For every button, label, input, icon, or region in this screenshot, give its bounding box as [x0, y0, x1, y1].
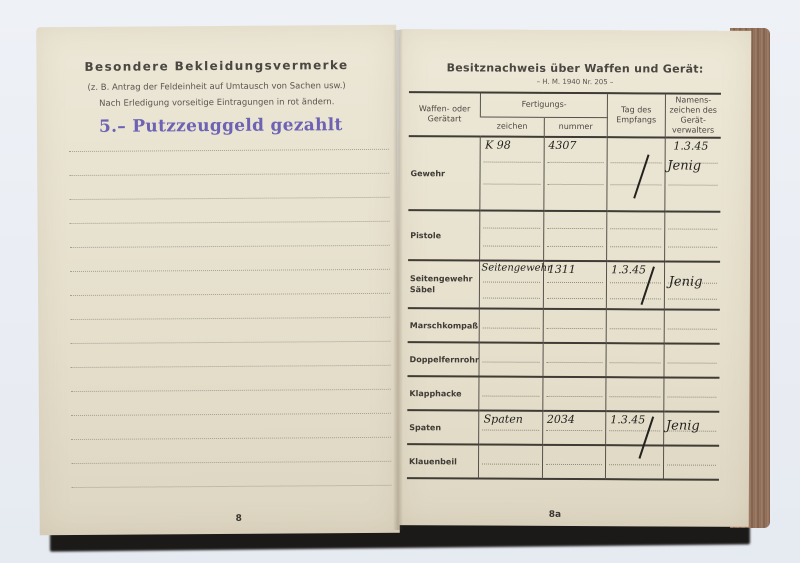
mark-cell: [479, 343, 542, 377]
writing-line: [71, 389, 391, 392]
writing-line: [70, 269, 390, 272]
number-cell: [543, 309, 607, 343]
handwritten-date: 1.3.45: [611, 263, 646, 276]
right-page: Besitznachweis über Waffen und Gerät: – …: [397, 29, 752, 527]
weapons-equipment-table: Waffen- oder Gerätart Fertigungs- Tag de…: [407, 91, 721, 481]
left-page-subtitle-1: (z. B. Antrag der Feldeinheit auf Umtaus…: [37, 81, 397, 94]
header-date-received: Tag des Empfangs: [607, 93, 665, 137]
signature-cell: Jenig: [663, 411, 719, 445]
table-row: Klauenbeil: [407, 444, 719, 480]
header-manufacture: Fertigungs-: [481, 93, 608, 118]
left-page-subtitle-2: Nach Erledigung vorseitige Eintragungen …: [37, 97, 397, 110]
right-page-title: Besitznachweis über Waffen und Gerät:: [399, 61, 751, 76]
writing-line: [71, 485, 391, 488]
date-cell: [606, 309, 664, 343]
handwritten-signature: Jenig: [667, 158, 701, 173]
item-label: Spaten: [407, 410, 479, 444]
date-cell: 1.3.45: [606, 411, 664, 445]
number-cell: 4307: [544, 137, 608, 211]
item-label: Marschkompaß: [408, 308, 480, 342]
handwritten-number: 2034: [547, 413, 575, 426]
date-cell: [607, 137, 665, 211]
handwritten-date: 1.3.45: [610, 413, 645, 426]
handwritten-number: 4307: [548, 139, 576, 152]
item-label: Pistole: [408, 210, 480, 260]
writing-line: [71, 365, 391, 368]
writing-line: [69, 149, 389, 152]
table-row: Spaten Spaten 2034 1.3.45 Jenig: [407, 410, 719, 446]
mark-cell: [479, 377, 542, 411]
handwritten-mark: Seitengewehr: [481, 263, 551, 274]
signature-cell: [664, 343, 720, 377]
signature-cell: [664, 377, 720, 411]
date-cell: [606, 343, 664, 377]
table-row: Klapphacke: [407, 376, 719, 412]
date-cell: [605, 445, 663, 479]
table-row: Pistole: [408, 210, 720, 262]
table-row: Gewehr K 98 4307 1.3.45Jenig: [408, 136, 720, 212]
item-label: Seitengewehr Säbel: [408, 260, 480, 308]
item-label: Klapphacke: [407, 376, 479, 410]
mark-cell: [480, 211, 544, 261]
mark-cell: Seitengewehr: [480, 261, 544, 309]
number-cell: 2034: [542, 411, 606, 445]
right-page-number: 8a: [549, 510, 561, 520]
handwritten-number: 1311: [548, 263, 576, 276]
mark-cell: [479, 445, 542, 479]
writing-line: [71, 461, 391, 464]
mark-cell: K 98: [480, 137, 544, 211]
item-label: Gewehr: [408, 136, 480, 210]
header-mark: zeichen: [481, 117, 544, 137]
header-number: nummer: [544, 117, 607, 137]
signature-cell: 1.3.45Jenig: [665, 137, 721, 211]
signature-cell: [663, 445, 719, 479]
mark-cell: [480, 309, 543, 343]
writing-line: [70, 221, 390, 224]
date-cell: 1.3.45: [606, 261, 664, 309]
left-page-number: 8: [236, 514, 242, 524]
handwritten-signature: Jenig: [669, 274, 703, 289]
book-gutter: [393, 30, 403, 530]
writing-line: [69, 173, 389, 176]
purple-stamp: 5.– Putzzeuggeld gezahlt: [99, 115, 343, 137]
writing-line: [71, 413, 391, 416]
left-page-title: Besondere Bekleidungsvermerke: [36, 58, 396, 75]
handwritten-mark: Spaten: [484, 413, 523, 426]
item-label: Doppelfernrohr: [407, 342, 479, 376]
signature-cell: Jenig: [664, 261, 720, 309]
signature-cell: [664, 211, 720, 261]
signature-cell: [664, 309, 720, 343]
writing-line: [70, 245, 390, 248]
table-row: Doppelfernrohr: [407, 342, 719, 378]
number-cell: [542, 377, 606, 411]
left-page: Besondere Bekleidungsvermerke (z. B. Ant…: [36, 25, 400, 536]
writing-line: [69, 197, 389, 200]
mark-cell: Spaten: [479, 411, 542, 445]
number-cell: [543, 343, 607, 377]
header-signature: Namens-zeichen des Gerät-verwalters: [665, 93, 721, 137]
number-cell: [542, 445, 606, 479]
signature-stroke: [633, 154, 649, 198]
signature-date: 1.3.45: [673, 140, 708, 153]
date-cell: [607, 211, 665, 261]
header-item-type: Waffen- oder Gerätart: [409, 92, 481, 136]
right-page-subtitle: – H. M. 1940 Nr. 205 –: [399, 77, 751, 87]
writing-line: [70, 317, 390, 320]
table-row: Seitengewehr Säbel Seitengewehr 1311 1.3…: [408, 260, 720, 310]
handwritten-mark: K 98: [485, 139, 511, 152]
writing-line: [70, 341, 390, 344]
number-cell: [543, 211, 607, 261]
writing-line: [70, 293, 390, 296]
date-cell: [606, 377, 664, 411]
item-label: Klauenbeil: [407, 444, 479, 478]
number-cell: 1311: [543, 261, 607, 309]
writing-line: [71, 437, 391, 440]
handwritten-signature: Jenig: [666, 418, 700, 433]
table-row: Marschkompaß: [408, 308, 720, 344]
